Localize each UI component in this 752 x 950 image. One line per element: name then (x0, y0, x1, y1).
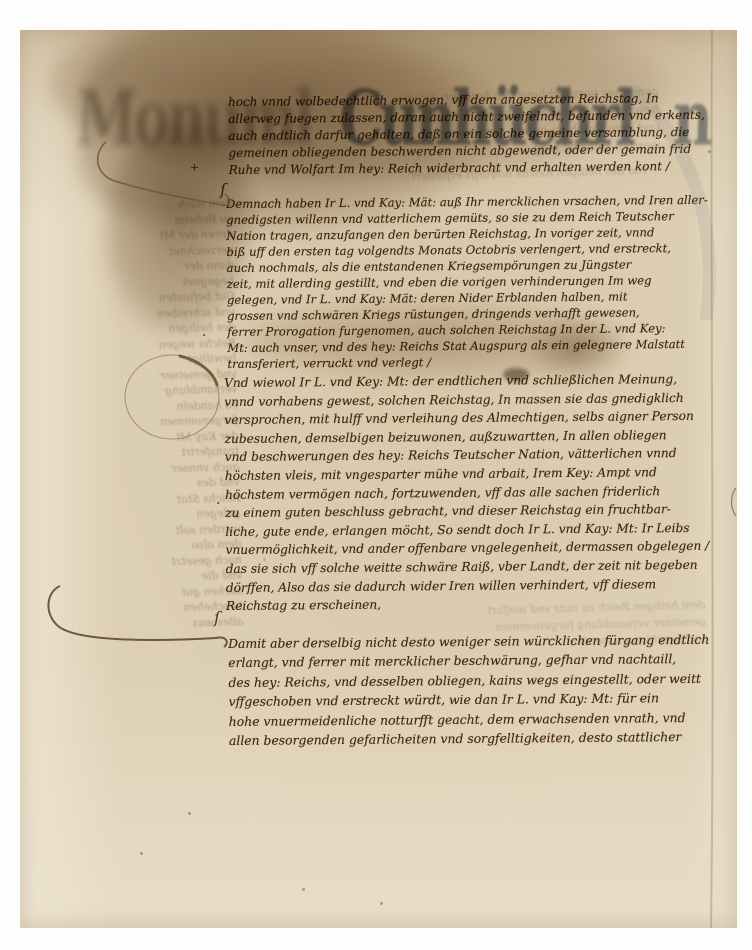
paragraph-flourish-2 (48, 586, 226, 647)
circle-flourish-thick-arc (180, 356, 217, 385)
crease-line-2 (494, 88, 508, 180)
ghost-descender-swash (632, 88, 709, 320)
manuscript-page: Monuml Cunhüchrl n W dem nachzu Beheimde… (20, 30, 737, 928)
scan-canvas: Monuml Cunhüchrl n W dem nachzu Beheimde… (0, 0, 752, 950)
right-margin-bracket (732, 488, 737, 516)
flourish-overlay (20, 30, 737, 928)
crease-line-1 (408, 92, 456, 176)
page-fold-line (711, 30, 713, 928)
paragraph-flourish-1 (98, 142, 230, 205)
